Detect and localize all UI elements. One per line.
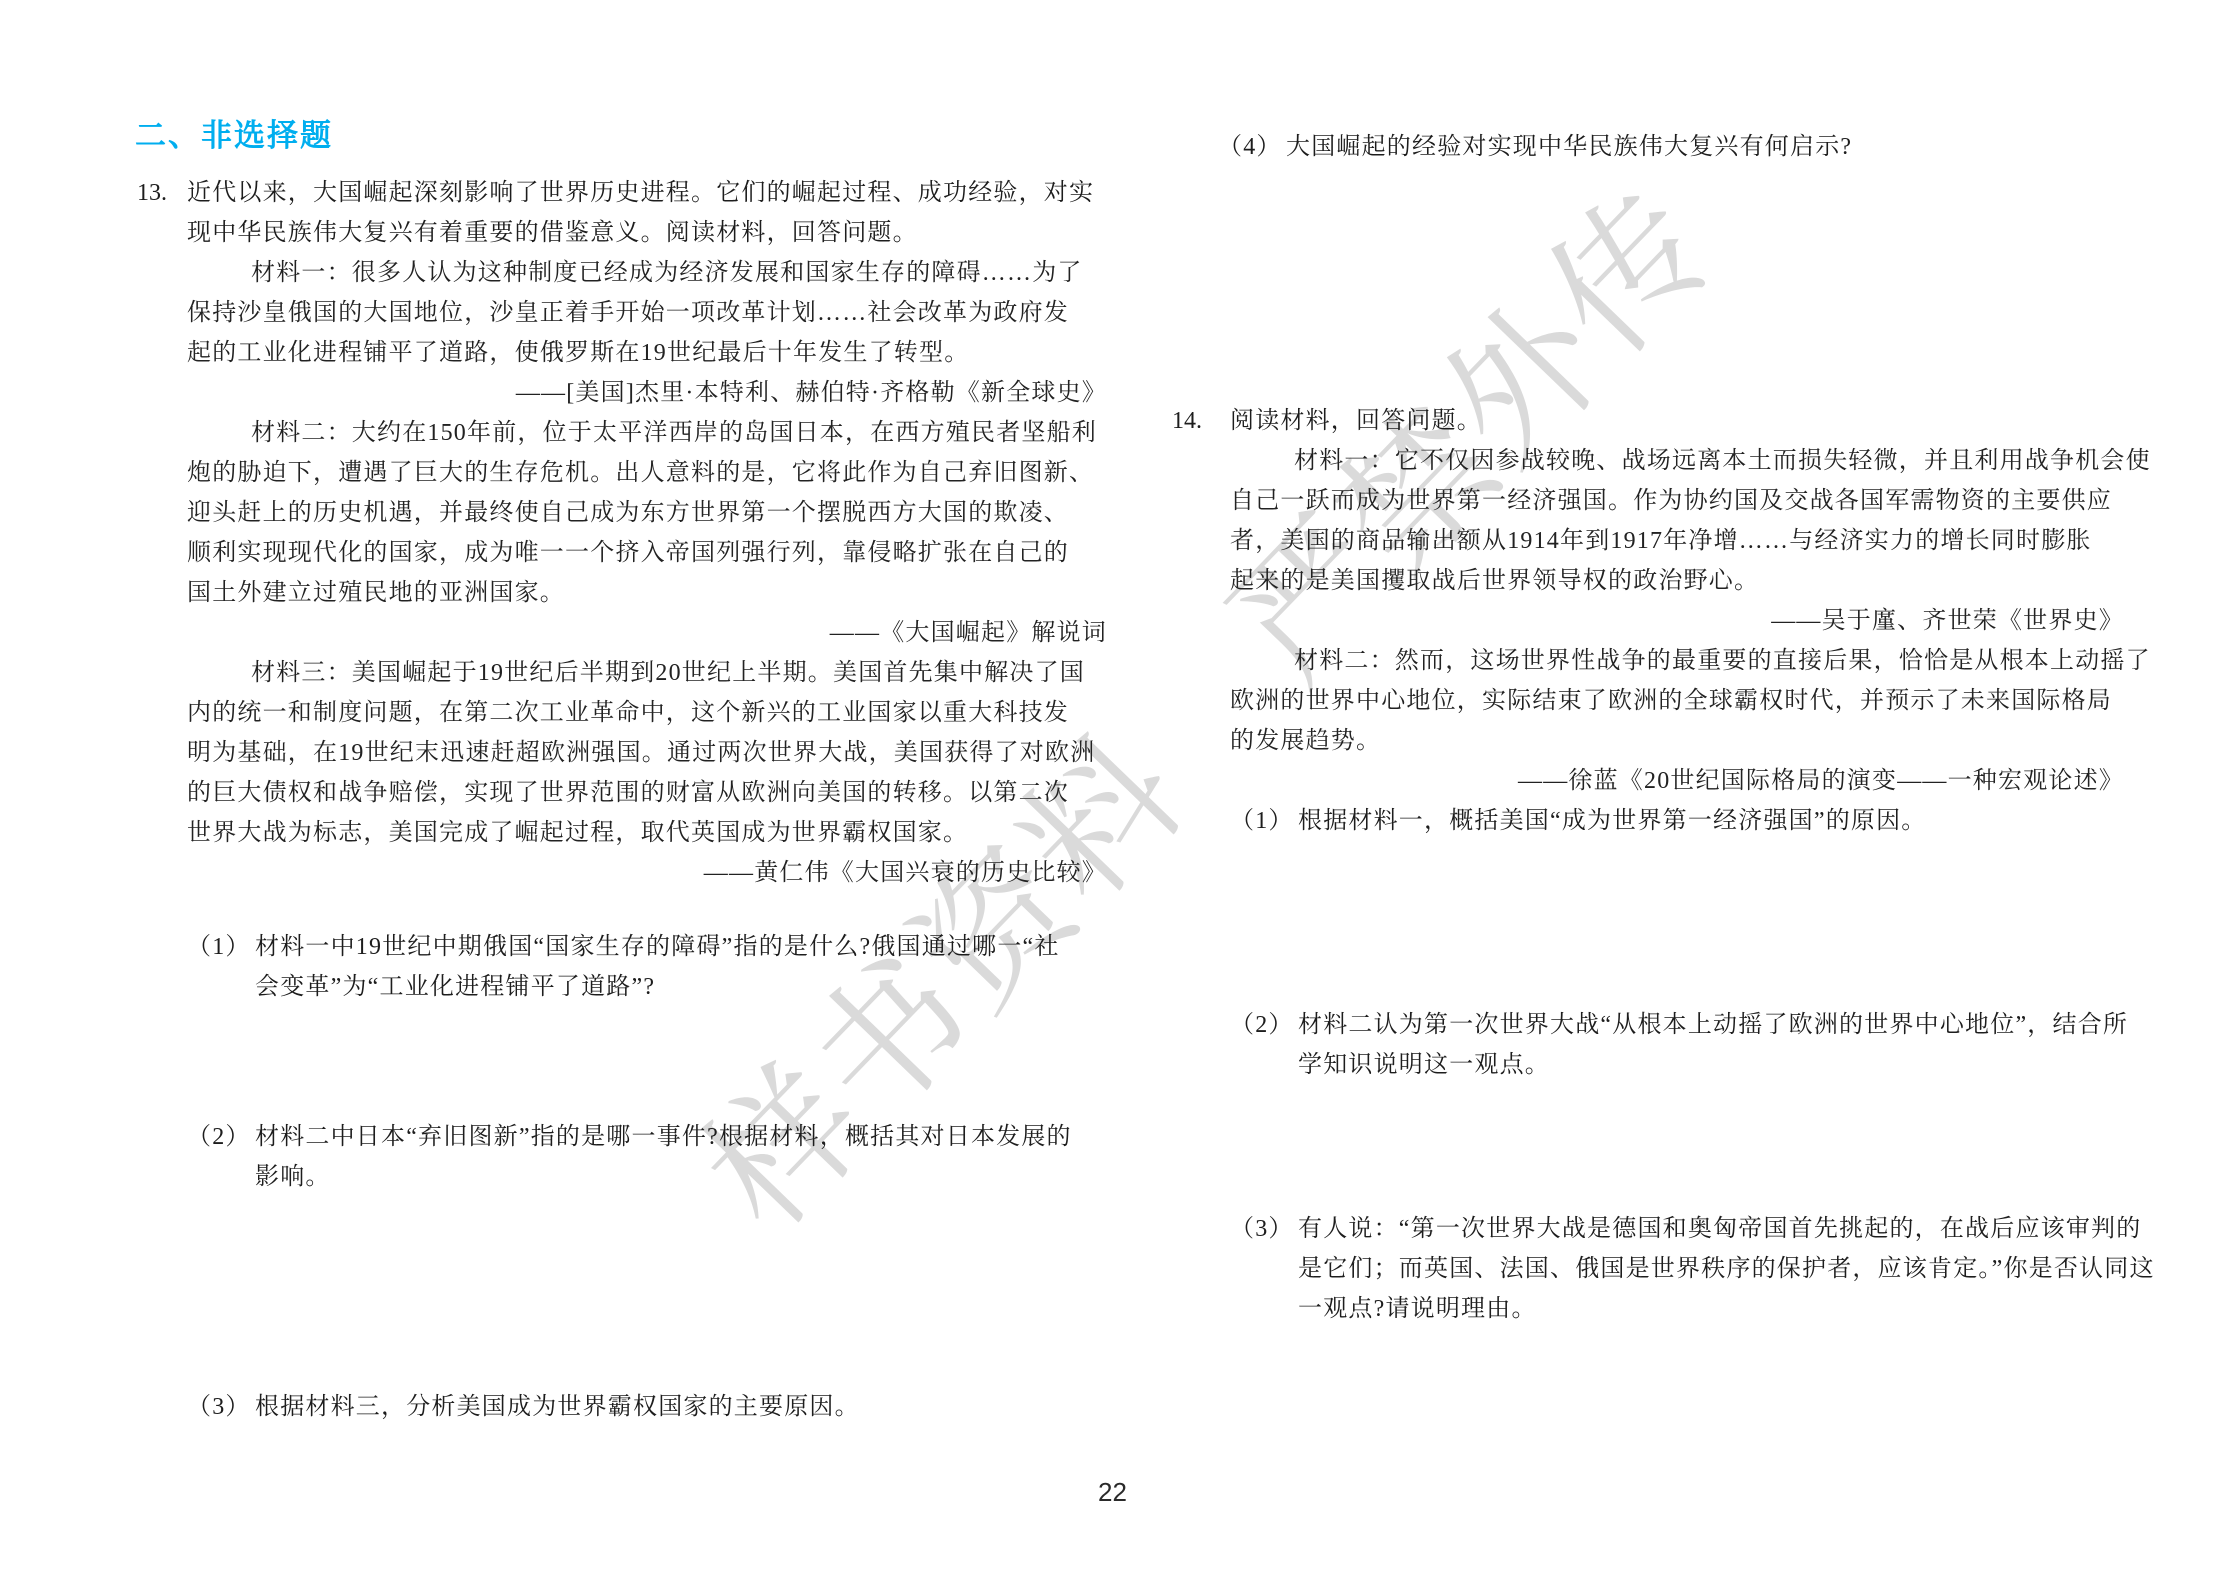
q13-material1-line: 保持沙皇俄国的大国地位，沙皇正着手开始一项改革计划……社会改革为政府发 (187, 298, 1069, 328)
q13-sub1-marker: （1） (187, 932, 251, 962)
q14-material1-line: 起来的是美国攫取战后世界领导权的政治野心。 (1230, 566, 1759, 596)
q14-sub3-line: 一观点?请说明理由。 (1298, 1294, 1537, 1324)
q14-sub3-line: 是它们；而英国、法国、俄国是世界秩序的保护者，应该肯定。”你是否认同这 (1298, 1254, 2155, 1284)
q13-material1-line: 材料一：很多人认为这种制度已经成为经济发展和国家生存的障碍……为了 (251, 258, 1083, 288)
q13-stem-line: 近代以来，大国崛起深刻影响了世界历史进程。它们的崛起过程、成功经验，对实 (187, 178, 1094, 208)
q13-sub4-marker: （4） (1218, 132, 1282, 162)
q13-material1-line: 起的工业化进程铺平了道路，使俄罗斯在19世纪最后十年发生了转型。 (187, 338, 969, 368)
q14-material1-line: 自己一跃而成为世界第一经济强国。作为协约国及交战各国军需物资的主要供应 (1230, 486, 2112, 516)
q13-material3-line: 的巨大债权和战争赔偿，实现了世界范围的财富从欧洲向美国的转移。以第二次 (187, 778, 1069, 808)
q13-material3-line: 世界大战为标志，美国完成了崛起过程，取代英国成为世界霸权国家。 (187, 818, 968, 848)
q14-number: 14. (1172, 406, 1202, 436)
q13-material2-line: 迎头赶上的历史机遇，并最终使自己成为东方世界第一个摆脱西方大国的欺凌、 (187, 498, 1069, 528)
q13-sub2-marker: （2） (187, 1122, 251, 1152)
q13-sub1-line: 材料一中19世纪中期俄国“国家生存的障碍”指的是什么?俄国通过哪一“社 (255, 932, 1060, 962)
q13-material3-line: 明为基础，在19世纪末迅速赶超欧洲强国。通过两次世界大战，美国获得了对欧洲 (187, 738, 1095, 768)
q14-material2-line: 欧洲的世界中心地位，实际结束了欧洲的全球霸权时代，并预示了未来国际格局 (1230, 686, 2112, 716)
q14-sub2-marker: （2） (1230, 1010, 1294, 1040)
q14-material1-line: 材料一：它不仅因参战较晚、战场远离本土而损失轻微，并且利用战争机会使 (1294, 446, 2151, 476)
q13-sub3-line: 根据材料三，分析美国成为世界霸权国家的主要原因。 (255, 1392, 860, 1422)
section-header: 二、非选择题 (135, 119, 333, 153)
q14-sub2-line: 材料二认为第一次世界大战“从根本上动摇了欧洲的世界中心地位”，结合所 (1298, 1010, 2128, 1040)
q13-material2-line: 顺利实现现代化的国家，成为唯一一个挤入帝国列强行列，靠侵略扩张在自己的 (187, 538, 1069, 568)
q14-sub1-line: 根据材料一，概括美国“成为世界第一经济强国”的原因。 (1298, 806, 1927, 836)
page-number: 22 (1098, 1477, 1127, 1508)
q14-sub3-marker: （3） (1230, 1214, 1294, 1244)
q13-sub2-line: 材料二中日本“弃旧图新”指的是哪一事件?根据材料，概括其对日本发展的 (255, 1122, 1072, 1152)
q14-material1-line: 者，美国的商品输出额从1914年到1917年净增……与经济实力的增长同时膨胀 (1230, 526, 2092, 556)
q14-material2-line: 材料二：然而，这场世界性战争的最重要的直接后果，恰恰是从根本上动摇了 (1294, 646, 2151, 676)
q13-number: 13. (137, 178, 167, 208)
q14-material2-source: ——徐蓝《20世纪国际格局的演变——一种宏观论述》 (1518, 766, 2124, 796)
q14-material1-source: ——吴于廑、齐世荣《世界史》 (1771, 606, 2124, 636)
q13-material3-line: 材料三：美国崛起于19世纪后半期到20世纪上半期。美国首先集中解决了国 (251, 658, 1085, 688)
q13-material3-line: 内的统一和制度问题，在第二次工业革命中，这个新兴的工业国家以重大科技发 (187, 698, 1069, 728)
q13-material2-source: ——《大国崛起》解说词 (830, 618, 1107, 648)
q14-sub3-line: 有人说：“第一次世界大战是德国和奥匈帝国首先挑起的，在战后应该审判的 (1298, 1214, 2141, 1244)
exam-page: 样书资料 严禁外传 二、非选择题 13. 近代以来，大国崛起深刻影响了世界历史进… (0, 0, 2220, 1571)
q13-sub2-line: 影响。 (255, 1162, 331, 1192)
q13-sub3-marker: （3） (187, 1392, 251, 1422)
q13-stem-line: 现中华民族伟大复兴有着重要的借鉴意义。阅读材料，回答问题。 (187, 218, 918, 248)
q14-sub2-line: 学知识说明这一观点。 (1298, 1050, 1550, 1080)
q13-sub1-line: 会变革”为“工业化进程铺平了道路”? (255, 972, 655, 1002)
q13-material2-line: 材料二：大约在150年前，位于太平洋西岸的岛国日本，在西方殖民者坚船利 (251, 418, 1097, 448)
q14-sub1-marker: （1） (1230, 806, 1294, 836)
q13-material2-line: 炮的胁迫下，遭遇了巨大的生存危机。出人意料的是，它将此作为自己弃旧图新、 (187, 458, 1094, 488)
q13-material3-source: ——黄仁伟《大国兴衰的历史比较》 (704, 858, 1107, 888)
q14-material2-line: 的发展趋势。 (1230, 726, 1381, 756)
q14-stem-line: 阅读材料，回答问题。 (1230, 406, 1482, 436)
q13-sub4-line: 大国崛起的经验对实现中华民族伟大复兴有何启示? (1286, 132, 1852, 162)
q13-material2-line: 国土外建立过殖民地的亚洲国家。 (187, 578, 565, 608)
q13-material1-source: ——[美国]杰里·本特利、赫伯特·齐格勒《新全球史》 (516, 378, 1107, 408)
